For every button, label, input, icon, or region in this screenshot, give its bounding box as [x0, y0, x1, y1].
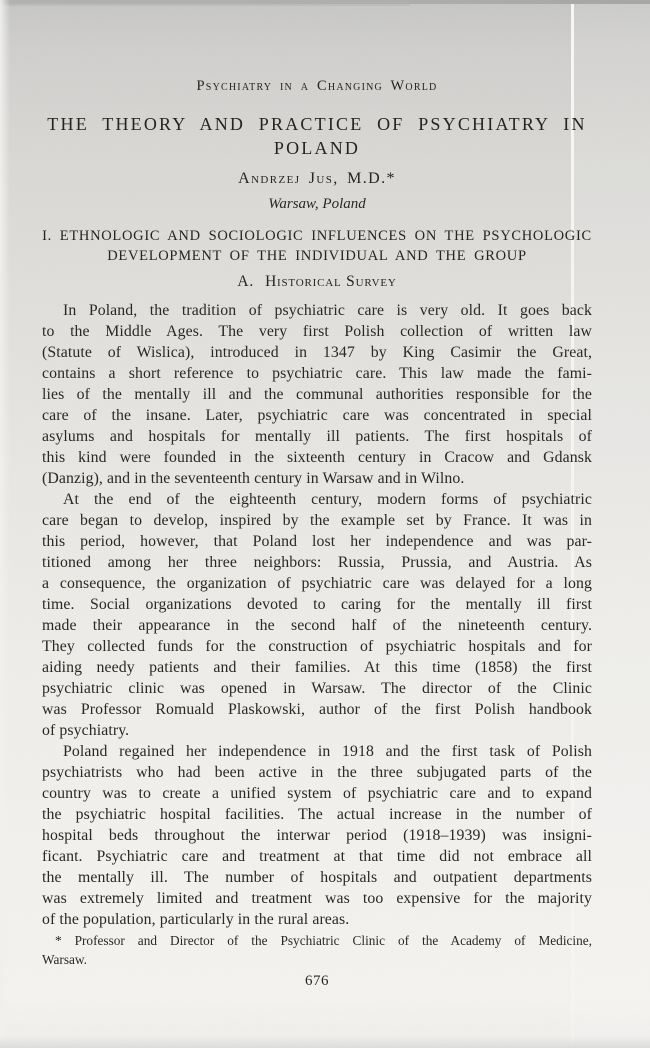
text-line: At the end of the eighteenth century, mo… — [42, 489, 592, 510]
section-heading-line2: DEVELOPMENT OF THE INDIVIDUAL AND THE GR… — [42, 246, 592, 266]
text-line: In Poland, the tradition of psychiatric … — [42, 300, 592, 321]
text-line: a consequence, the organization of psych… — [42, 573, 592, 594]
text-line: Warsaw. — [42, 950, 592, 969]
text-line: care of the insane. Later, psychiatric c… — [42, 405, 592, 426]
text-line: (Danzig), and in the seventeenth century… — [42, 468, 592, 489]
text-line: this period, however, that Poland lost h… — [42, 531, 592, 552]
article-title: THE THEORY AND PRACTICE OF PSYCHIATRY IN… — [42, 112, 592, 160]
author-location: Warsaw, Poland — [42, 194, 592, 214]
text-line: the psychiatric hospital facilities. The… — [42, 804, 592, 825]
text-line: hospital beds throughout the interwar pe… — [42, 825, 592, 846]
running-head: Psychiatry in a Changing World — [42, 76, 592, 96]
page-number: 676 — [42, 971, 592, 991]
article-body: In Poland, the tradition of psychiatric … — [42, 300, 592, 930]
text-line: ficant. Psychiatric care and treatment a… — [42, 846, 592, 867]
text-line: time. Social organizations devoted to ca… — [42, 594, 592, 615]
section-heading: I. ETHNOLOGIC AND SOCIOLOGIC INFLUENCES … — [42, 226, 592, 266]
paragraph-2: At the end of the eighteenth century, mo… — [42, 489, 592, 741]
text-line: titioned among her three neighbors: Russ… — [42, 552, 592, 573]
author-name: Andrzej Jus, M.D.* — [42, 168, 592, 190]
paragraph-1: In Poland, the tradition of psychiatric … — [42, 300, 592, 489]
page-content: Psychiatry in a Changing World THE THEOR… — [42, 0, 592, 991]
text-line: to the Middle Ages. The very first Polis… — [42, 321, 592, 342]
text-line: They collected funds for the constructio… — [42, 636, 592, 657]
text-line: Poland regained her independence in 1918… — [42, 741, 592, 762]
text-line: this kind were founded in the sixteenth … — [42, 447, 592, 468]
text-line: was Professor Romuald Plaskowski, author… — [42, 699, 592, 720]
footnote: * Professor and Director of the Psychiat… — [42, 931, 592, 969]
paragraph-3: Poland regained her independence in 1918… — [42, 741, 592, 930]
section-heading-line1: I. ETHNOLOGIC AND SOCIOLOGIC INFLUENCES … — [42, 226, 592, 246]
text-line: care began to develop, inspired by the e… — [42, 510, 592, 531]
text-line: was extremely limited and treatment was … — [42, 888, 592, 909]
scanned-page: Psychiatry in a Changing World THE THEOR… — [0, 0, 650, 1048]
text-line: asylums and hospitals for mentally ill p… — [42, 426, 592, 447]
text-line: (Statute of Wislica), introduced in 1347… — [42, 342, 592, 363]
text-line: country was to create a unified system o… — [42, 783, 592, 804]
text-line: contains a short reference to psychiatri… — [42, 363, 592, 384]
subsection-title: Historical Survey — [265, 273, 397, 290]
text-line: the mentally ill. The number of hospital… — [42, 867, 592, 888]
text-line: * Professor and Director of the Psychiat… — [42, 931, 592, 950]
text-line: of psychiatry. — [42, 720, 592, 741]
text-line: lies of the mentally ill and the communa… — [42, 384, 592, 405]
text-line: aiding needy patients and their families… — [42, 657, 592, 678]
text-line: psychiatric clinic was opened in Warsaw.… — [42, 678, 592, 699]
text-line: made their appearance in the second half… — [42, 615, 592, 636]
text-line: of the population, particularly in the r… — [42, 909, 592, 930]
text-line: psychiatrists who had been active in the… — [42, 762, 592, 783]
scan-bottom-edge — [0, 1036, 650, 1048]
subsection-heading: A.Historical Survey — [42, 271, 592, 293]
subsection-label: A. — [237, 273, 254, 290]
scan-left-edge — [0, 0, 10, 1048]
